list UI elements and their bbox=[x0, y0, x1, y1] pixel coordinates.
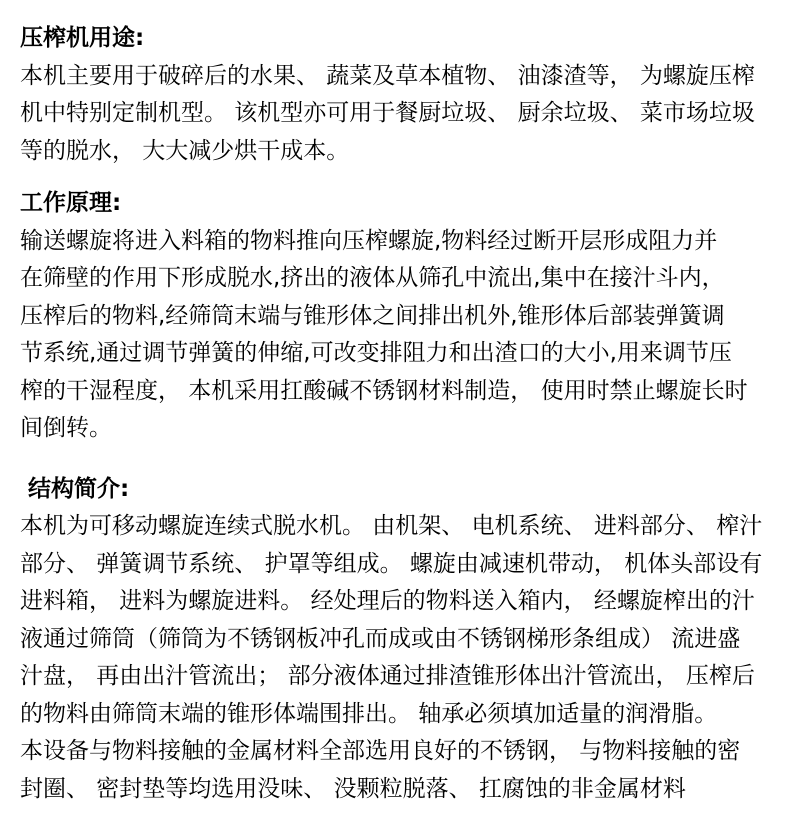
section-structure-intro-body: 本机为可移动螺旋连续式脱水机。 由机架、 电机系统、 进料部分、 榨汁 部分、 … bbox=[20, 508, 776, 808]
section-structure-intro-heading: 结构简介: bbox=[20, 471, 776, 509]
section-working-principle-body: 输送螺旋将进入料箱的物料推向压榨螺旋,物料经过断开层形成阻力并 在筛壁的作用下形… bbox=[20, 223, 776, 448]
section-working-principle-heading: 工作原理: bbox=[20, 185, 776, 223]
document-page: 压榨机用途: 本机主要用于破碎后的水果、 蔬菜及草本植物、 油漆渣等， 为螺旋压… bbox=[0, 0, 790, 808]
section-usage-heading: 压榨机用途: bbox=[20, 20, 776, 58]
section-usage-body: 本机主要用于破碎后的水果、 蔬菜及草本植物、 油漆渣等， 为螺旋压榨 机中特别定… bbox=[20, 58, 776, 171]
section-usage: 压榨机用途: 本机主要用于破碎后的水果、 蔬菜及草本植物、 油漆渣等， 为螺旋压… bbox=[20, 20, 776, 170]
section-structure-intro: 结构简介: 本机为可移动螺旋连续式脱水机。 由机架、 电机系统、 进料部分、 榨… bbox=[20, 471, 776, 809]
section-working-principle: 工作原理: 输送螺旋将进入料箱的物料推向压榨螺旋,物料经过断开层形成阻力并 在筛… bbox=[20, 185, 776, 448]
